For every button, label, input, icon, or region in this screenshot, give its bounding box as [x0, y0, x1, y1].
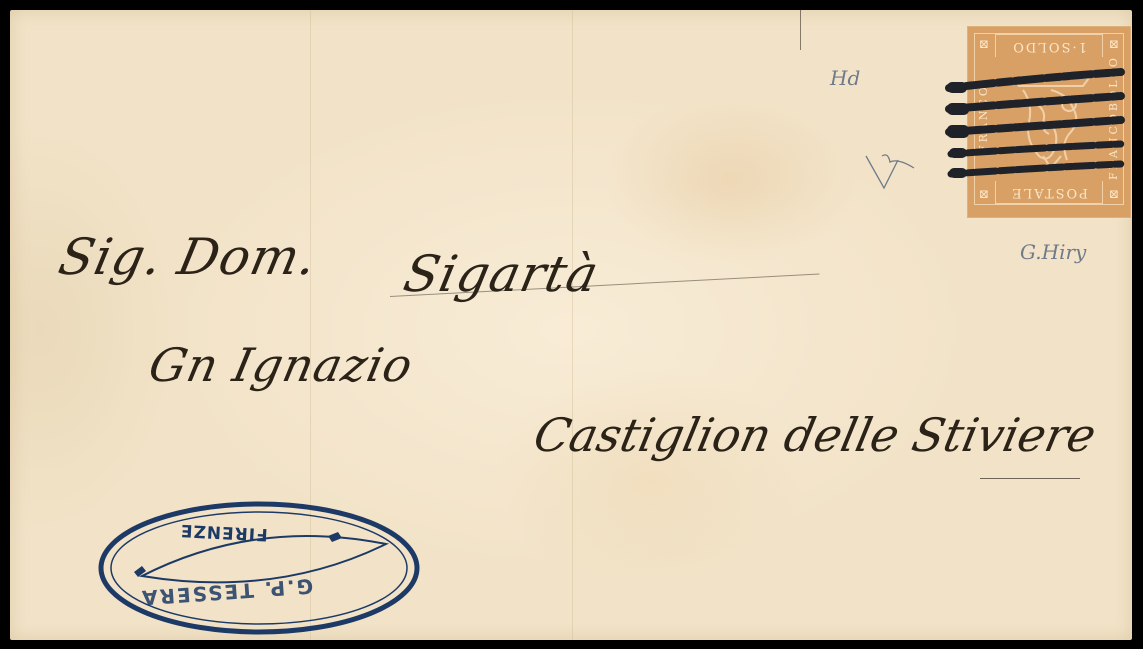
address-line-3-destination: Castiglion delle Stiviere — [529, 408, 1101, 462]
stamp-denomination: 1·SOLDO — [995, 34, 1103, 57]
address-line-1-surname: Sigartà — [399, 245, 604, 303]
pencil-note: Hd — [830, 66, 860, 90]
paper-fold — [572, 10, 573, 640]
address-line-2: Gn Ignazio — [144, 338, 418, 392]
stamp-corner-icon: ⊠ — [1105, 184, 1123, 204]
barred-cancellation — [945, 66, 1125, 186]
stamp-corner-icon: ⊠ — [1105, 34, 1123, 54]
address-line-1-title: Sig. Dom. — [54, 228, 323, 286]
stamp-corner-icon: ⊠ — [975, 34, 993, 54]
paper-crease — [800, 10, 801, 50]
oval-cachet — [96, 498, 422, 638]
stamp-corner-icon: ⊠ — [975, 184, 993, 204]
destination-flourish — [980, 478, 1080, 479]
pencil-signature: G.Hiry — [1020, 240, 1086, 264]
pencil-check-mark-icon — [862, 150, 922, 200]
